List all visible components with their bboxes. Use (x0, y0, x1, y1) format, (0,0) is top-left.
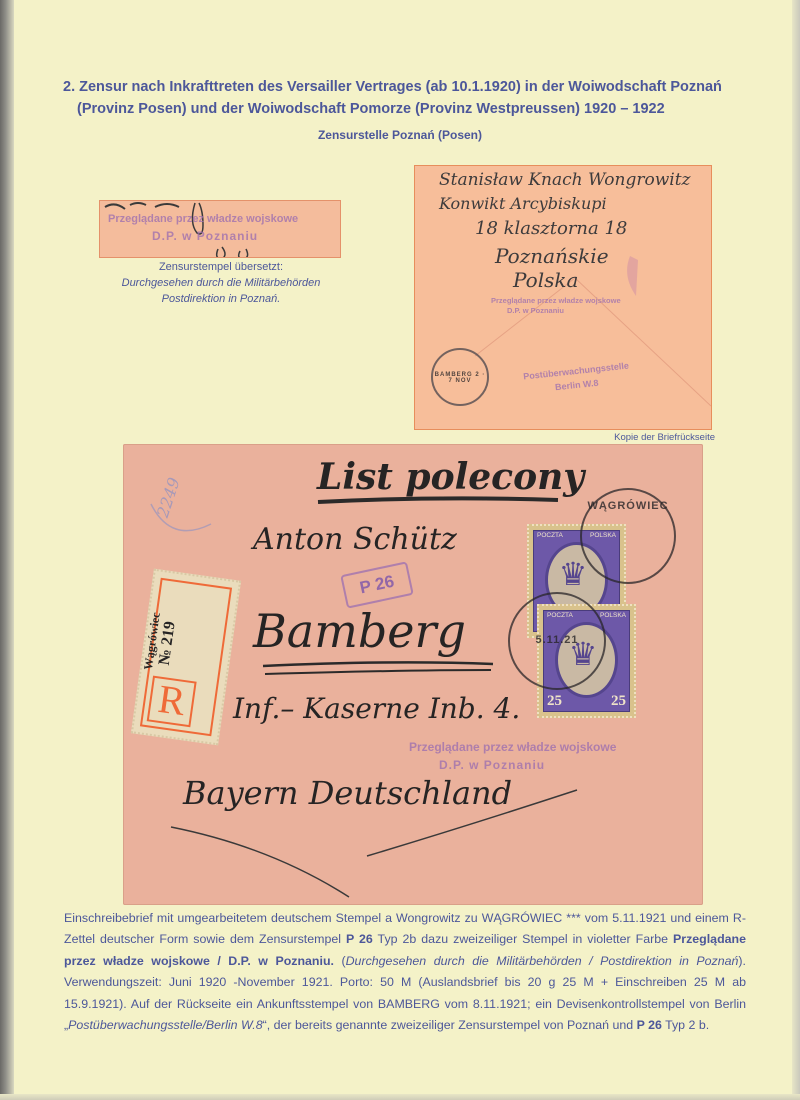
page-title: 2. Zensur nach Inkrafttreten des Versail… (63, 76, 763, 120)
description-paragraph: Einschreibebrief mit umgearbeitetem deut… (64, 908, 746, 1036)
stamp-label-left: POCZTA (537, 532, 563, 539)
registration-r-letter: R (147, 676, 197, 728)
addressee-line-4: Bayern Deutschland (183, 774, 512, 812)
letter-back-caption: Kopie der Briefrückseite (560, 432, 715, 443)
bamberg-arrival-postmark: BAMBERG 2 · 7 NOV (431, 348, 489, 406)
wagrowiec-postmark-2: 5.11.21 (508, 592, 606, 690)
sender-line-4: Poznańskie (495, 244, 609, 268)
desc-text-5: “, der bereits genannte zweizeiliger Zen… (263, 1018, 637, 1032)
letter-back-copy-image: Stanisław Knach Wongrowitz Konwikt Arcyb… (414, 165, 712, 430)
caption-translation-line-2: Postdirektion in Poznań. (92, 291, 350, 307)
title-line-2: (Provinz Posen) und der Woiwodschaft Pom… (63, 98, 763, 120)
desc-text-2: Typ 2b dazu zweizeiliger Stempel in viol… (373, 932, 673, 946)
desc-text-6: Typ 2 b. (662, 1018, 709, 1032)
album-page-edge-right (792, 0, 800, 1100)
censor-stamp-caption: Zensurstempel übersetzt: Durchgesehen du… (92, 259, 350, 307)
album-page-edge-bottom (0, 1094, 800, 1100)
stamp-value-left: 25 (547, 693, 562, 710)
title-line-1: 2. Zensur nach Inkrafttreten des Versail… (63, 79, 722, 95)
addressee-line-3: Inf.– Kaserne Inb. 4. (233, 692, 520, 725)
caption-translation-line-1: Durchgesehen durch die Militärbehörden (92, 275, 350, 291)
postmark-text: BAMBERG 2 · 7 NOV (433, 372, 487, 384)
envelope-censor-line-2: D.P. w Poznaniu (439, 758, 545, 772)
sender-line-1: Stanisław Knach Wongrowitz (439, 170, 691, 190)
postmark-date: 5.11.21 (510, 634, 604, 646)
desc-p26-b: P 26 (637, 1018, 662, 1032)
desc-translation: Durchgesehen durch die Militärbehörden /… (346, 954, 739, 968)
addressee-name: Anton Schütz (253, 522, 457, 557)
desc-devisen-stamp: Postüberwachungsstelle/Berlin W.8 (68, 1018, 262, 1032)
caption-heading: Zensurstempel übersetzt: (159, 261, 283, 273)
censor-stamp-crop-image: Przeglądane przez władze wojskowe D.P. w… (99, 200, 341, 258)
registration-label-frame: Wągrówiec № 219 R (140, 578, 232, 737)
stamp-value-right: 25 (611, 693, 626, 710)
envelope-censor-line-1: Przeglądane przez władze wojskowe (409, 740, 616, 754)
back-censor-line-2: D.P. w Poznaniu (507, 306, 564, 315)
sender-line-3: 18 klasztorna 18 (475, 218, 627, 239)
censor-stamp-line-1: Przeglądane przez władze wojskowe (108, 213, 298, 225)
sender-line-2: Konwikt Arcybiskupi (439, 194, 607, 213)
envelope-heading-list-polecony: List polecony (317, 456, 584, 498)
sender-line-5: Polska (513, 268, 578, 292)
stamp-label-right: POLSKA (600, 612, 626, 619)
wagrowiec-postmark-1: WĄGRÓWIEC (580, 488, 676, 584)
back-censor-line-1: Przeglądane przez władze wojskowe (491, 296, 621, 305)
desc-p26-a: P 26 (346, 932, 373, 946)
album-page-edge-left (0, 0, 14, 1100)
addressee-city: Bamberg (253, 604, 466, 658)
censor-stamp-line-2: D.P. w Poznaniu (152, 229, 258, 243)
registration-label-text: Wągrówiec № 219 (140, 610, 247, 683)
page-subtitle: Zensurstelle Poznań (Posen) (0, 128, 800, 142)
postmark-place: WĄGRÓWIEC (582, 500, 674, 512)
desc-text-3: ( (334, 954, 346, 968)
